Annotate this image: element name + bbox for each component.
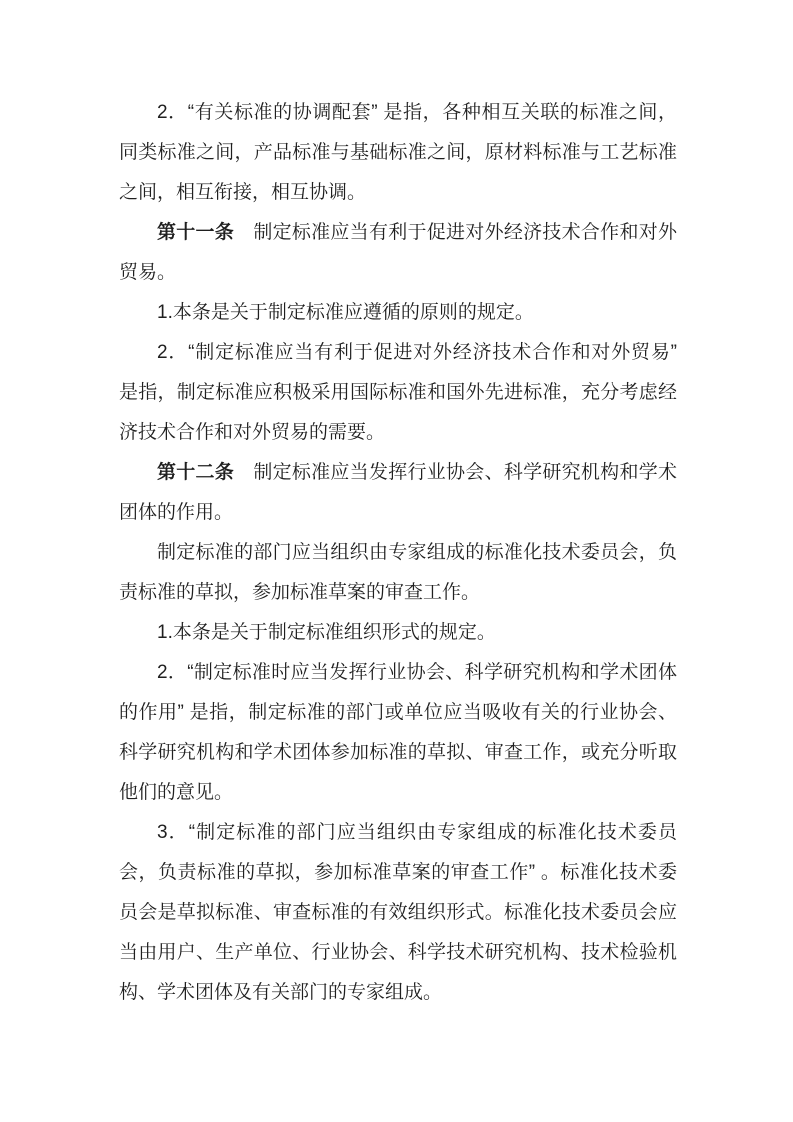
document-page: 2．“有关标准的协调配套” 是指，各种相互关联的标准之间，同类标准之间，产品标准… [119,93,677,1013]
article-number-bold: 第十一条 [157,222,234,243]
paragraph-text: 1.本条是关于制定标准组织形式的规定。 [157,622,496,643]
paragraph: 1.本条是关于制定标准应遵循的原则的规定。 [119,293,677,333]
paragraph: 3．“制定标准的部门应当组织由专家组成的标准化技术委员会，负责标准的草拟，参加标… [119,813,677,1013]
article-number-bold: 第十二条 [157,462,234,483]
paragraph: 第十二条 制定标准应当发挥行业协会、科学研究机构和学术团体的作用。 [119,453,677,533]
paragraph-text: 制定标准的部门应当组织由专家组成的标准化技术委员会，负责标准的草拟，参加标准草案… [119,542,677,603]
paragraph: 第十一条 制定标准应当有利于促进对外经济技术合作和对外贸易。 [119,213,677,293]
paragraph-text: 2．“制定标准时应当发挥行业协会、科学研究机构和学术团体的作用” 是指，制定标准… [119,662,677,803]
paragraph: 2．“制定标准应当有利于促进对外经济技术合作和对外贸易” 是指，制定标准应积极采… [119,333,677,453]
paragraph: 1.本条是关于制定标准组织形式的规定。 [119,613,677,653]
paragraph: 2．“有关标准的协调配套” 是指，各种相互关联的标准之间，同类标准之间，产品标准… [119,93,677,213]
paragraph-text: 2．“有关标准的协调配套” 是指，各种相互关联的标准之间，同类标准之间，产品标准… [119,102,677,203]
paragraph-text: 3．“制定标准的部门应当组织由专家组成的标准化技术委员会，负责标准的草拟，参加标… [119,822,677,1003]
paragraph-text: 2．“制定标准应当有利于促进对外经济技术合作和对外贸易” 是指，制定标准应积极采… [119,342,677,443]
paragraph: 2．“制定标准时应当发挥行业协会、科学研究机构和学术团体的作用” 是指，制定标准… [119,653,677,813]
paragraph: 制定标准的部门应当组织由专家组成的标准化技术委员会，负责标准的草拟，参加标准草案… [119,533,677,613]
paragraph-text: 1.本条是关于制定标准应遵循的原则的规定。 [157,302,534,323]
